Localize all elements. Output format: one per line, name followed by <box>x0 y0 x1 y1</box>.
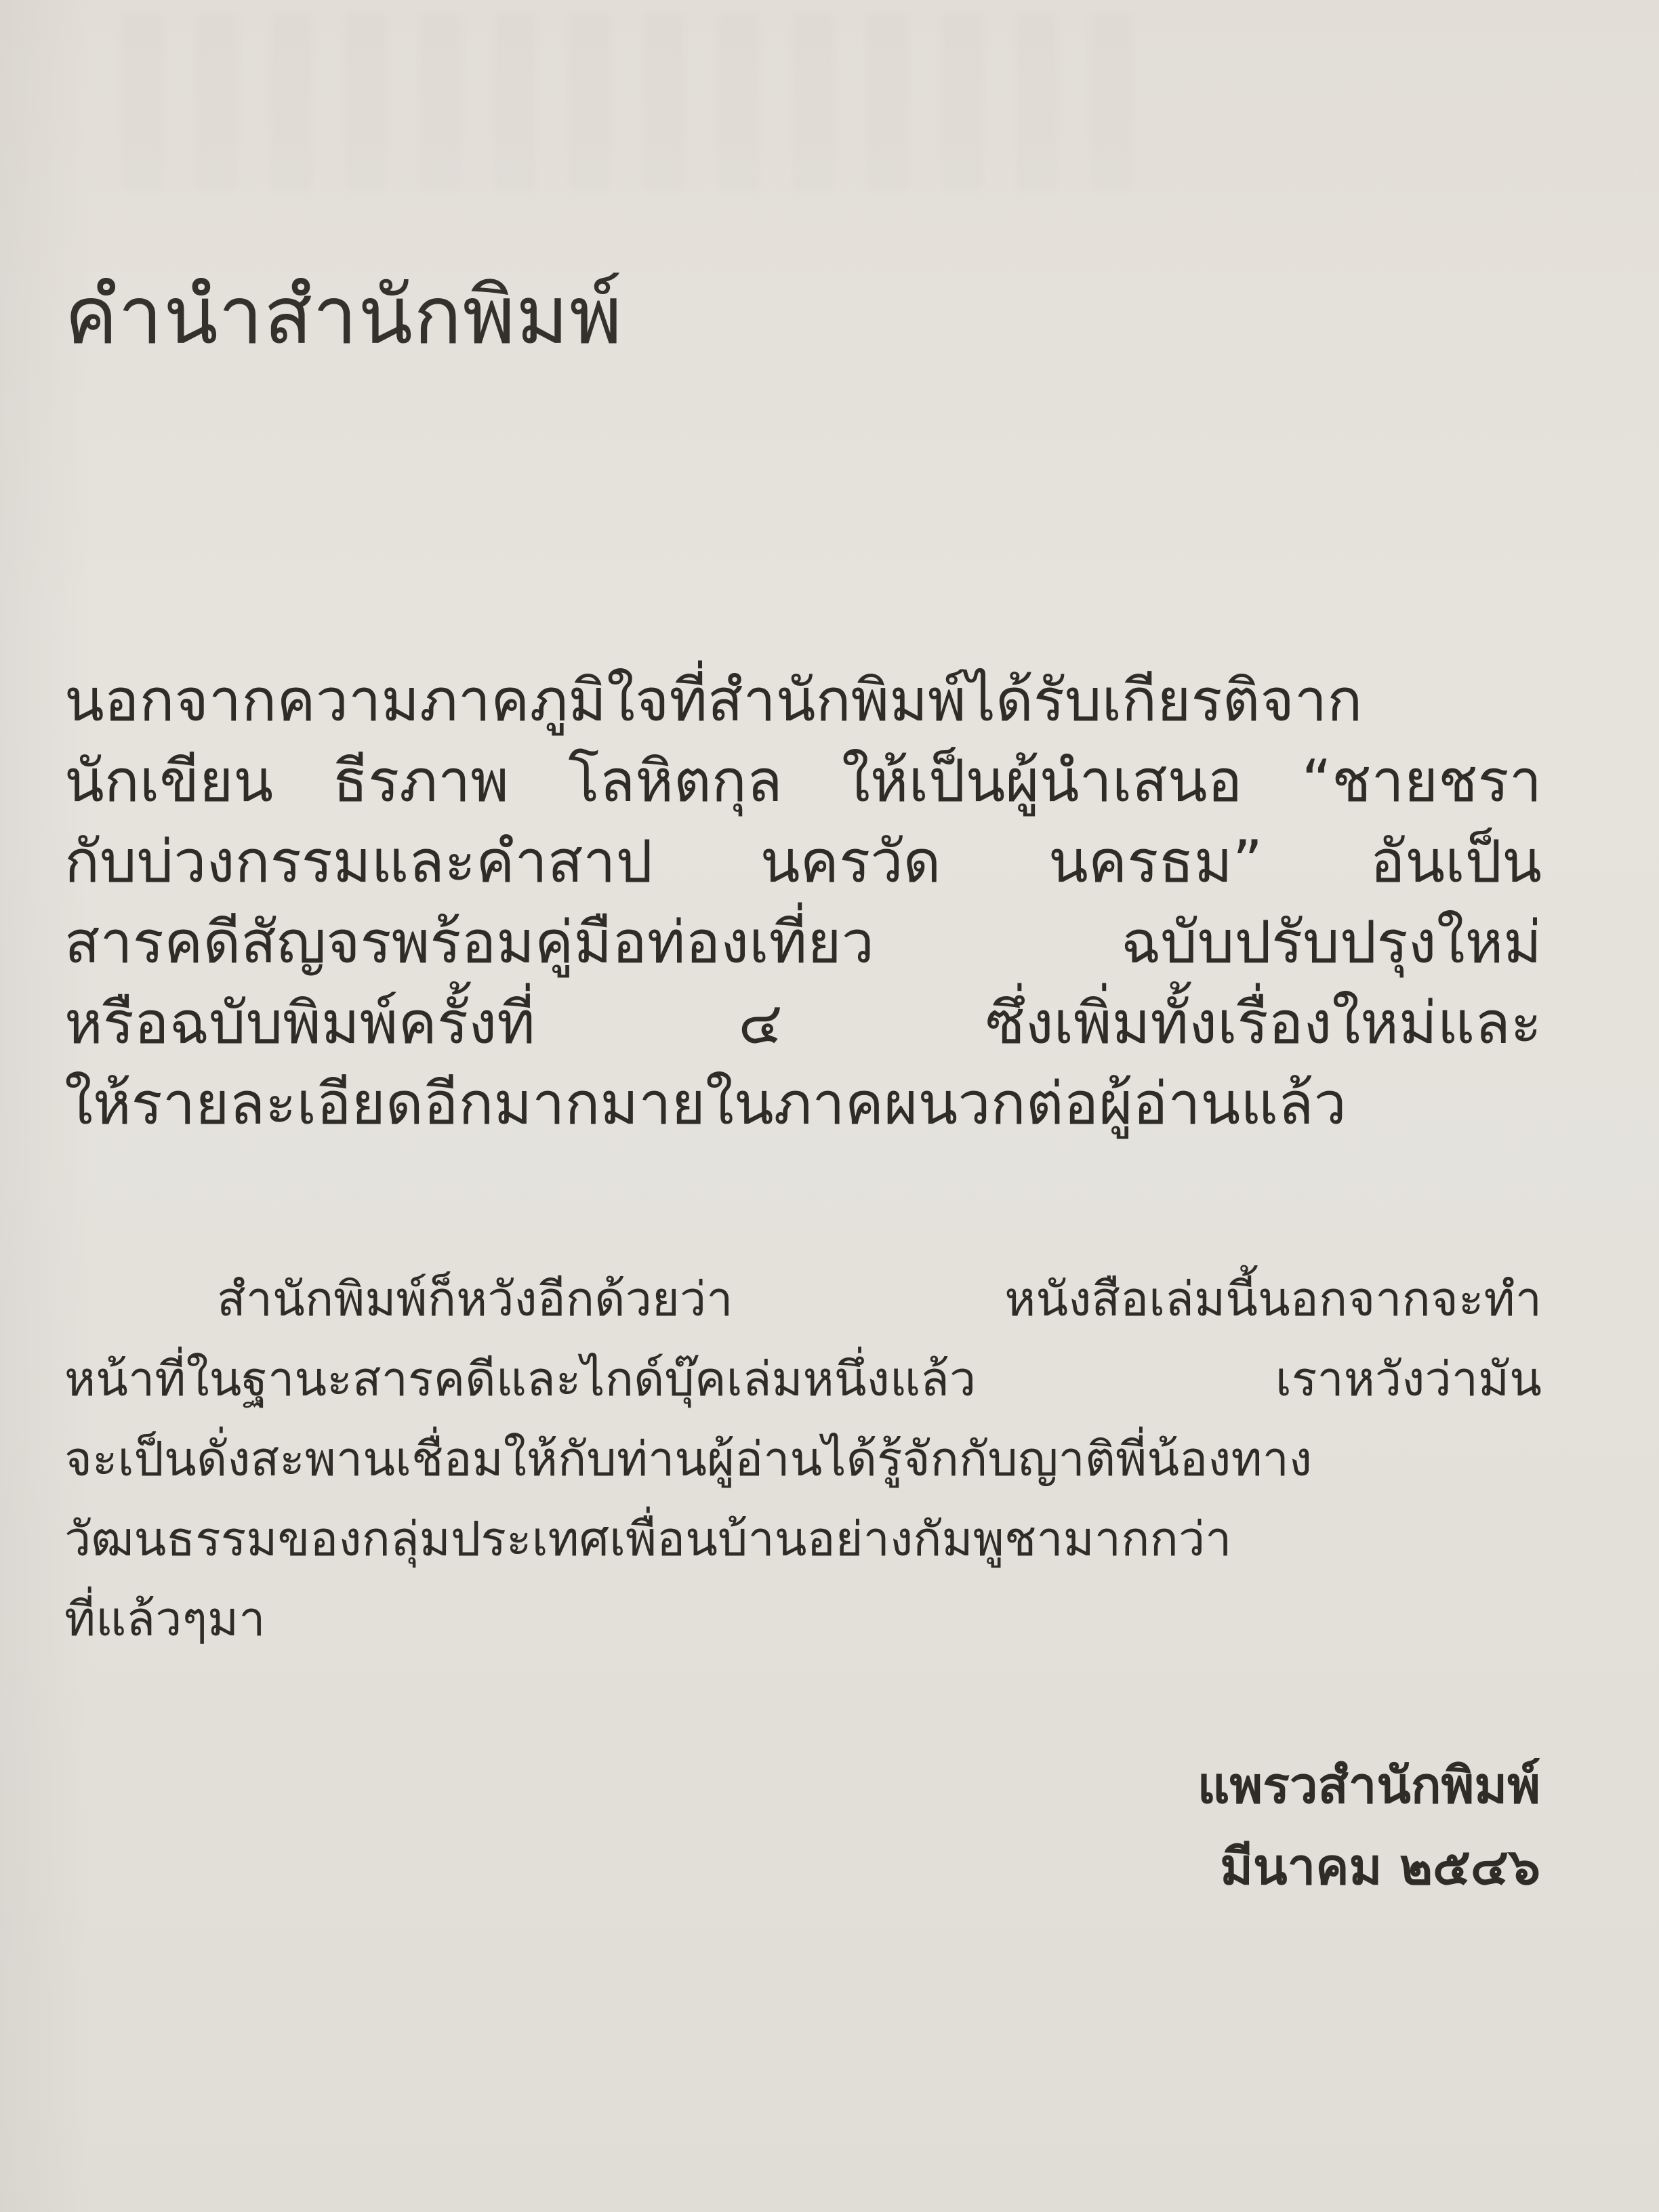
paragraph-line: กับบ่วงกรรมและคำสาป นครวัด นครธม” อันเป็… <box>64 822 1542 903</box>
paragraph-intro: นอกจากความภาคภูมิใจที่สำนักพิมพ์ได้รับเก… <box>64 661 1542 1145</box>
paragraph-line: นอกจากความภาคภูมิใจที่สำนักพิมพ์ได้รับเก… <box>64 661 1542 741</box>
paragraph-line: หรือฉบับพิมพ์ครั้งที่ ๔ ซึ่งเพิ่มทั้งเรื… <box>64 983 1542 1064</box>
paragraph-line: นักเขียน ธีรภาพ โลหิตกุล ให้เป็นผู้นำเสน… <box>64 741 1542 822</box>
book-page: คำนำสำนักพิมพ์ นอกจากความภาคภูมิใจที่สำน… <box>0 0 1659 2212</box>
page-title: คำนำสำนักพิมพ์ <box>64 268 623 364</box>
signature-date: มีนาคม ๒๕๔๖ <box>1197 1826 1540 1908</box>
paragraph-hope: สำนักพิมพ์ก็หวังอีกด้วยว่า หนังสือเล่มนี… <box>64 1259 1542 1659</box>
paragraph-line: จะเป็นดั่งสะพานเชื่อมให้กับท่านผู้อ่านได… <box>64 1419 1542 1499</box>
paragraph-line: สำนักพิมพ์ก็หวังอีกด้วยว่า หนังสือเล่มนี… <box>64 1259 1542 1339</box>
show-through-text <box>122 14 1139 190</box>
publisher-name: แพรวสำนักพิมพ์ <box>1197 1745 1540 1826</box>
paragraph-line: ที่แล้วๆมา <box>64 1579 1542 1659</box>
signature-block: แพรวสำนักพิมพ์ มีนาคม ๒๕๔๖ <box>1197 1745 1540 1908</box>
paragraph-line: สารคดีสัญจรพร้อมคู่มือท่องเที่ยว ฉบับปรั… <box>64 903 1542 983</box>
paragraph-line: วัฒนธรรมของกลุ่มประเทศเพื่อนบ้านอย่างกัม… <box>64 1499 1542 1579</box>
paragraph-line: ให้รายละเอียดอีกมากมายในภาคผนวกต่อผู้อ่า… <box>64 1064 1542 1145</box>
paragraph-line: หน้าที่ในฐานะสารคดีและไกด์บุ๊คเล่มหนึ่งแ… <box>64 1339 1542 1419</box>
